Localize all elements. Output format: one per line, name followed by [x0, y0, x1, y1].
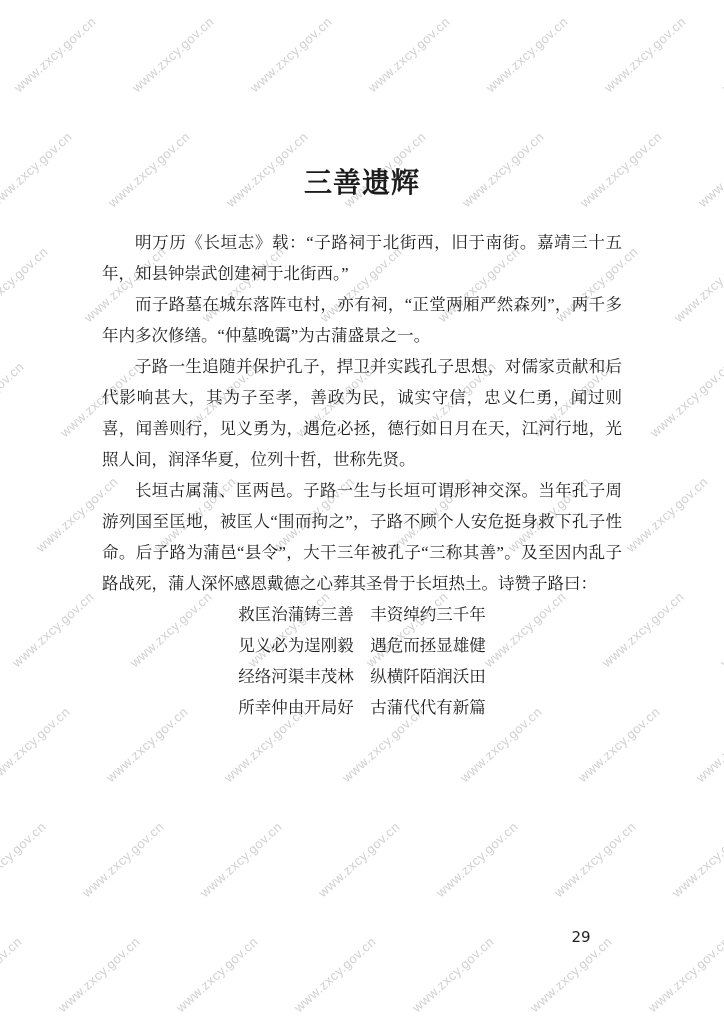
watermark-text: www.zxcy.gov.cn: [716, 11, 724, 97]
body-text: 明万历《长垣志》载：“子路祠于北街西，旧于南街。嘉靖三十五年，知县钟崇武创建祠于…: [102, 227, 622, 723]
watermark-text: www.zxcy.gov.cn: [170, 931, 263, 1017]
watermark-text: www.zxcy.gov.cn: [406, 931, 499, 1017]
poem: 救匡治蒲铸三善 丰资绰约三千年 见义必为逞刚毅 遇危而拯显雄健 经络河渠丰茂林 …: [102, 599, 622, 723]
watermark-text: www.zxcy.gov.cn: [690, 701, 724, 787]
paragraph-4: 长垣古属蒲、匡两邑。子路一生与长垣可谓形神交深。当年孔子周游列国至匡地，被匡人“…: [102, 475, 622, 599]
paragraph-3: 子路一生追随并保护孔子，捍卫并实践孔子思想，对儒家贡献和后代影响甚大，其为子至孝…: [102, 351, 622, 475]
watermark-text: www.zxcy.gov.cn: [692, 126, 724, 212]
watermark-text: www.zxcy.gov.cn: [0, 816, 52, 902]
watermark-text: www.zxcy.gov.cn: [0, 126, 78, 212]
watermark-text: www.zxcy.gov.cn: [644, 356, 724, 442]
watermark-text: www.zxcy.gov.cn: [430, 816, 523, 902]
watermark-text: www.zxcy.gov.cn: [714, 586, 724, 672]
watermark-text: www.zxcy.gov.cn: [0, 471, 6, 557]
watermark-text: www.zxcy.gov.cn: [668, 241, 724, 327]
watermark-text: www.zxcy.gov.cn: [666, 816, 724, 902]
watermark-text: www.zxcy.gov.cn: [8, 11, 101, 97]
watermark-text: www.zxcy.gov.cn: [52, 931, 145, 1017]
page-number: 29: [566, 928, 596, 946]
watermark-text: www.zxcy.gov.cn: [0, 356, 30, 442]
watermark-text: www.zxcy.gov.cn: [194, 816, 287, 902]
paragraph-2: 而子路墓在城东落阵屯村，亦有祠，“正堂两厢严然森列”，两千多年内多次修缮。“仲墓…: [102, 289, 622, 351]
watermark-text: www.zxcy.gov.cn: [0, 931, 28, 1017]
watermark-text: www.zxcy.gov.cn: [620, 471, 713, 557]
watermark-text: www.zxcy.gov.cn: [288, 931, 381, 1017]
watermark-text: www.zxcy.gov.cn: [0, 241, 54, 327]
document-page: www.zxcy.gov.cnwww.zxcy.gov.cnwww.zxcy.g…: [0, 0, 724, 1024]
page-title: 三善遗辉: [102, 165, 622, 203]
watermark-text: www.zxcy.gov.cn: [76, 816, 169, 902]
watermark-text: www.zxcy.gov.cn: [6, 586, 99, 672]
watermark-text: www.zxcy.gov.cn: [548, 816, 641, 902]
page-content: 三善遗辉 明万历《长垣志》载：“子路祠于北街西，旧于南街。嘉靖三十五年，知县钟崇…: [102, 0, 622, 723]
watermark-text: www.zxcy.gov.cn: [0, 701, 76, 787]
watermark-text: www.zxcy.gov.cn: [312, 816, 405, 902]
watermark-text: www.zxcy.gov.cn: [642, 931, 724, 1017]
paragraph-1: 明万历《长垣志》载：“子路祠于北街西，旧于南街。嘉靖三十五年，知县钟崇武创建祠于…: [102, 227, 622, 289]
